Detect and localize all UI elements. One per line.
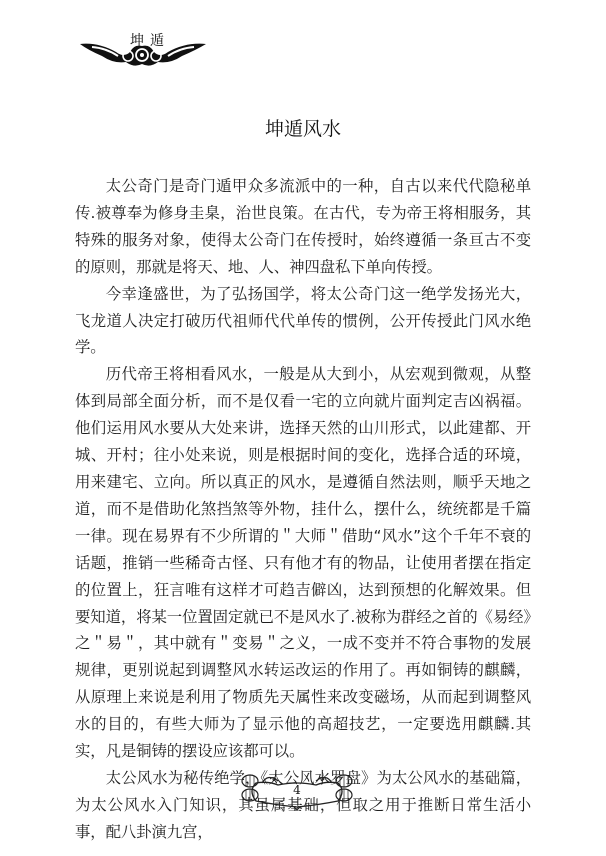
paragraph: 太公奇门是奇门遁甲众多流派中的一种，自古以来代代隐秘单传.被尊奉为修身圭臬，治世… [75, 173, 531, 281]
paragraph: 今幸逢盛世，为了弘扬国学，将太公奇门这一绝学发扬光大，飞龙道人决定打破历代祖师代… [75, 281, 531, 362]
paragraph: 历代帝王将相看风水，一般是从大到小，从宏观到微观，从整体到局部全面分析，而不是仅… [75, 361, 531, 765]
footer-ornament: 4 [238, 771, 356, 811]
page-title: 坤遁风水 [0, 114, 606, 141]
cloud-scroll-icon [78, 38, 208, 70]
document-page: 坤遁 坤遁风水 太公奇门是奇门遁甲众多流派中的一种，自古以来代代隐秘单传.被尊奉… [0, 0, 606, 856]
body-text: 太公奇门是奇门遁甲众多流派中的一种，自古以来代代隐秘单传.被尊奉为修身圭臬，治世… [75, 173, 531, 846]
page-number: 4 [238, 783, 356, 797]
header-ornament: 坤遁 [78, 30, 208, 70]
